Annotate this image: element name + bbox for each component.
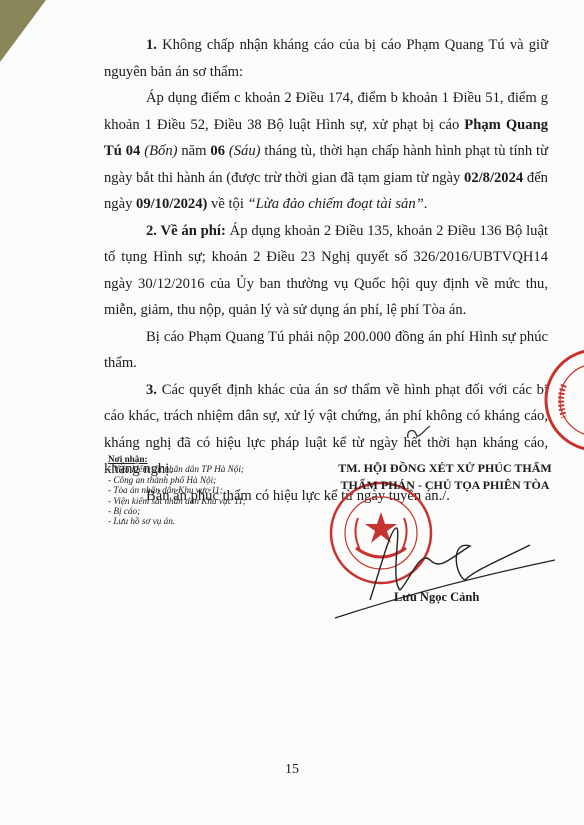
section-1-number: 1.	[146, 37, 157, 53]
crime-name: “Lừa đảo chiếm đoạt tài sản”	[248, 196, 424, 212]
detention-to-date: 09/10/2024)	[136, 196, 207, 212]
court-fee-paragraph: Bị cáo Phạm Quang Tú phải nộp 200.000 đồ…	[104, 324, 548, 377]
sentence-months: 06	[210, 143, 225, 159]
section-2: 2. Về án phí: Áp dụng khoản 2 Điều 135, …	[104, 218, 548, 324]
text: năm	[177, 143, 210, 159]
signer-name: Lưu Ngọc Cảnh	[394, 590, 479, 605]
sentence-years-word: (Bốn)	[140, 143, 177, 159]
partial-stamp-icon	[536, 345, 584, 455]
recipient-item: - Công an thành phố Hà Nội;	[108, 475, 246, 485]
sentence-paragraph: Áp dụng điểm c khoản 2 Điều 174, điểm b …	[104, 85, 548, 218]
sentence-months-word: (Sáu)	[225, 143, 261, 159]
recipient-item: - Lưu hồ sơ vụ án.	[108, 516, 246, 526]
recipients-heading: Nơi nhận:	[108, 454, 246, 464]
document-page: 1. Không chấp nhận kháng cáo của bị cáo …	[0, 0, 584, 825]
section-3-number: 3.	[146, 382, 157, 398]
judgment-body: 1. Không chấp nhận kháng cáo của bị cáo …	[104, 32, 548, 509]
page-number: 15	[0, 762, 584, 778]
text: về tội	[207, 196, 247, 212]
section-1: 1. Không chấp nhận kháng cáo của bị cáo …	[104, 32, 548, 85]
signature-block: TM. HỘI ĐỒNG XÉT XỬ PHÚC THẨM THẨM PHÁN …	[320, 460, 570, 494]
recipient-item: - Bị cáo;	[108, 506, 246, 516]
recipient-item: - Viện kiểm sát nhân dân Khu vực 11;	[108, 496, 246, 506]
section-2-heading: 2. Về án phí:	[146, 223, 226, 239]
section-1-text: Không chấp nhận kháng cáo của bị cáo Phạ…	[104, 37, 548, 80]
text: .	[424, 196, 428, 212]
background-corner	[0, 0, 46, 62]
recipients-list: Nơi nhận: - Viện kiểm sát nhân dân TP Hà…	[108, 454, 246, 527]
signature-title-2: THẨM PHÁN - CHỦ TỌA PHIÊN TÒA	[320, 477, 570, 494]
recipient-item: - Viện kiểm sát nhân dân TP Hà Nội;	[108, 464, 246, 474]
signature-title-1: TM. HỘI ĐỒNG XÉT XỬ PHÚC THẨM	[320, 460, 570, 477]
sentence-years: 04	[122, 143, 141, 159]
recipient-item: - Tòa án nhân dân Khu vực 11;	[108, 485, 246, 495]
initials-mark	[404, 424, 434, 444]
detention-from-date: 02/8/2024	[464, 170, 523, 186]
